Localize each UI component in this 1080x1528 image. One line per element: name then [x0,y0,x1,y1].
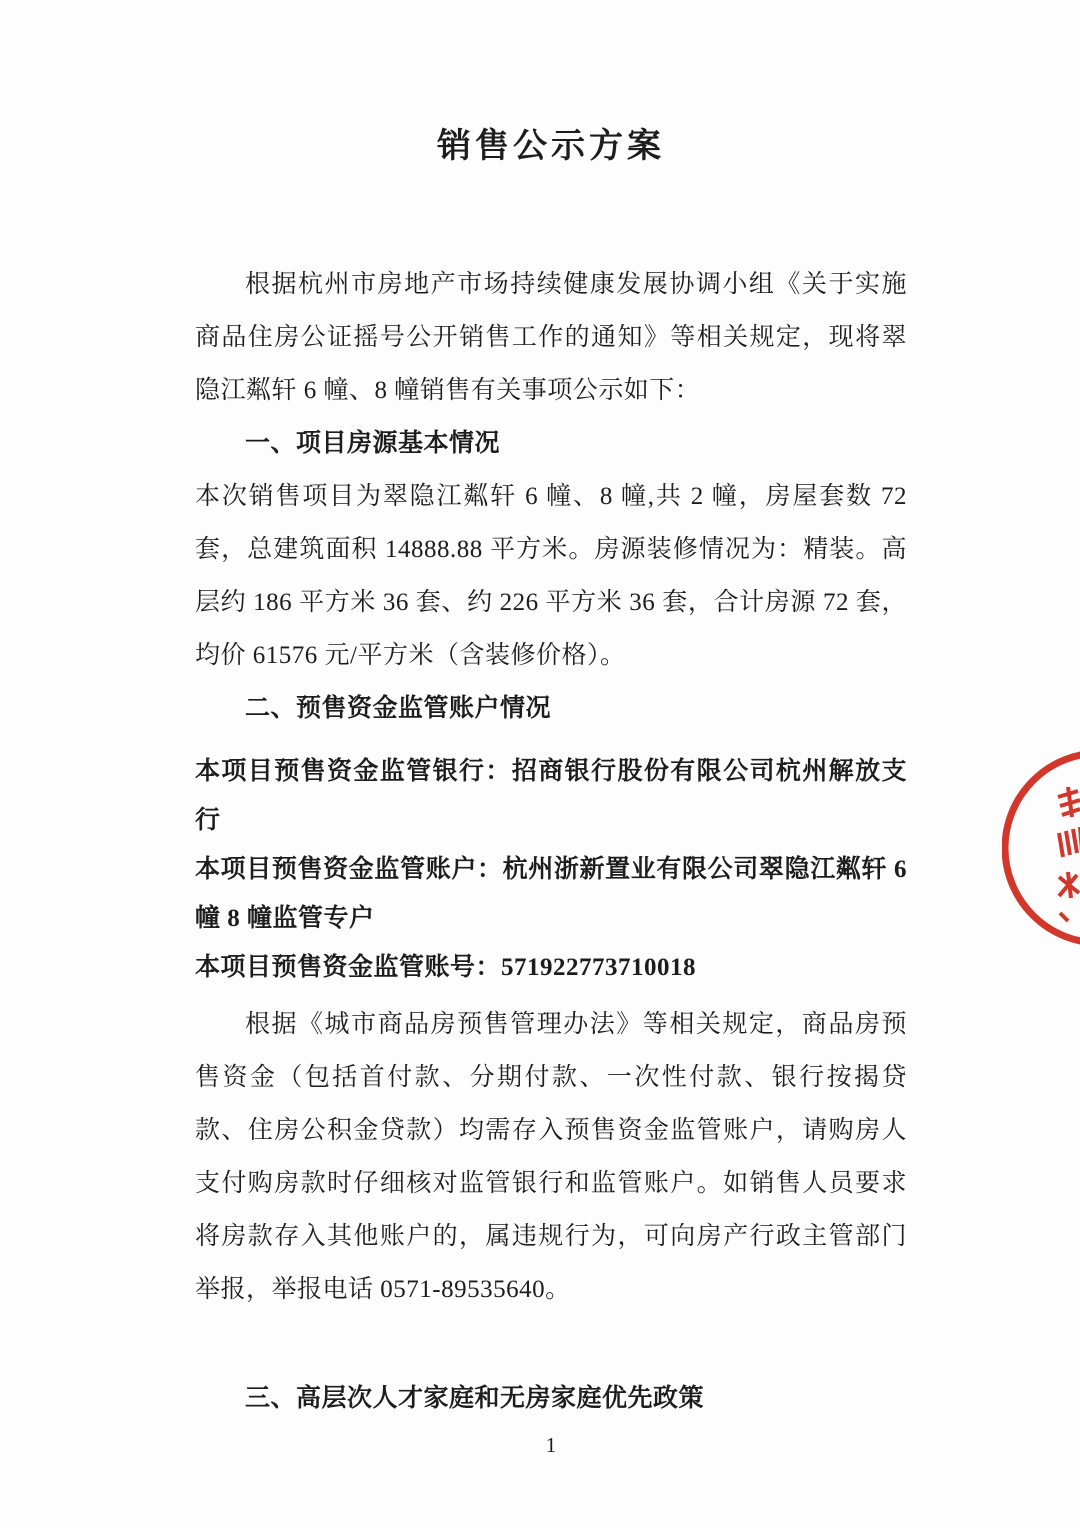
document-page: 销售公示方案 根据杭州市房地产市场持续健康发展协调小组《关于实施商品住房公证摇号… [0,0,1080,1528]
document-content: 销售公示方案 根据杭州市房地产市场持续健康发展协调小组《关于实施商品住房公证摇号… [195,0,907,1425]
paragraph-housing-info: 本次销售项目为翠隐江粼轩 6 幢、8 幢,共 2 幢，房屋套数 72 套，总建筑… [195,470,907,682]
heading-section-2: 二、预售资金监管账户情况 [195,682,907,735]
page-number: 1 [195,1430,907,1460]
paragraph-intro: 根据杭州市房地产市场持续健康发展协调小组《关于实施商品住房公证摇号公开销售工作的… [195,258,907,417]
document-title-text: 销售公示方案 [437,128,665,165]
paragraph-supervision-account: 本项目预售资金监管账户：杭州浙新置业有限公司翠隐江粼轩 6 幢 8 幢监管专户 [195,845,907,943]
heading-section-1: 一、项目房源基本情况 [195,417,907,470]
official-seal-icon [1002,745,1080,967]
paragraph-supervision-bank: 本项目预售资金监管银行：招商银行股份有限公司杭州解放支行 [195,747,907,845]
paragraph-supervision-account-number: 本项目预售资金监管账号：571922773710018 [195,943,907,992]
paragraph-regulation: 根据《城市商品房预售管理办法》等相关规定，商品房预售资金（包括首付款、分期付款、… [195,998,907,1316]
document-title: 销售公示方案 [195,124,907,170]
heading-section-3: 三、高层次人才家庭和无房家庭优先政策 [195,1372,907,1425]
